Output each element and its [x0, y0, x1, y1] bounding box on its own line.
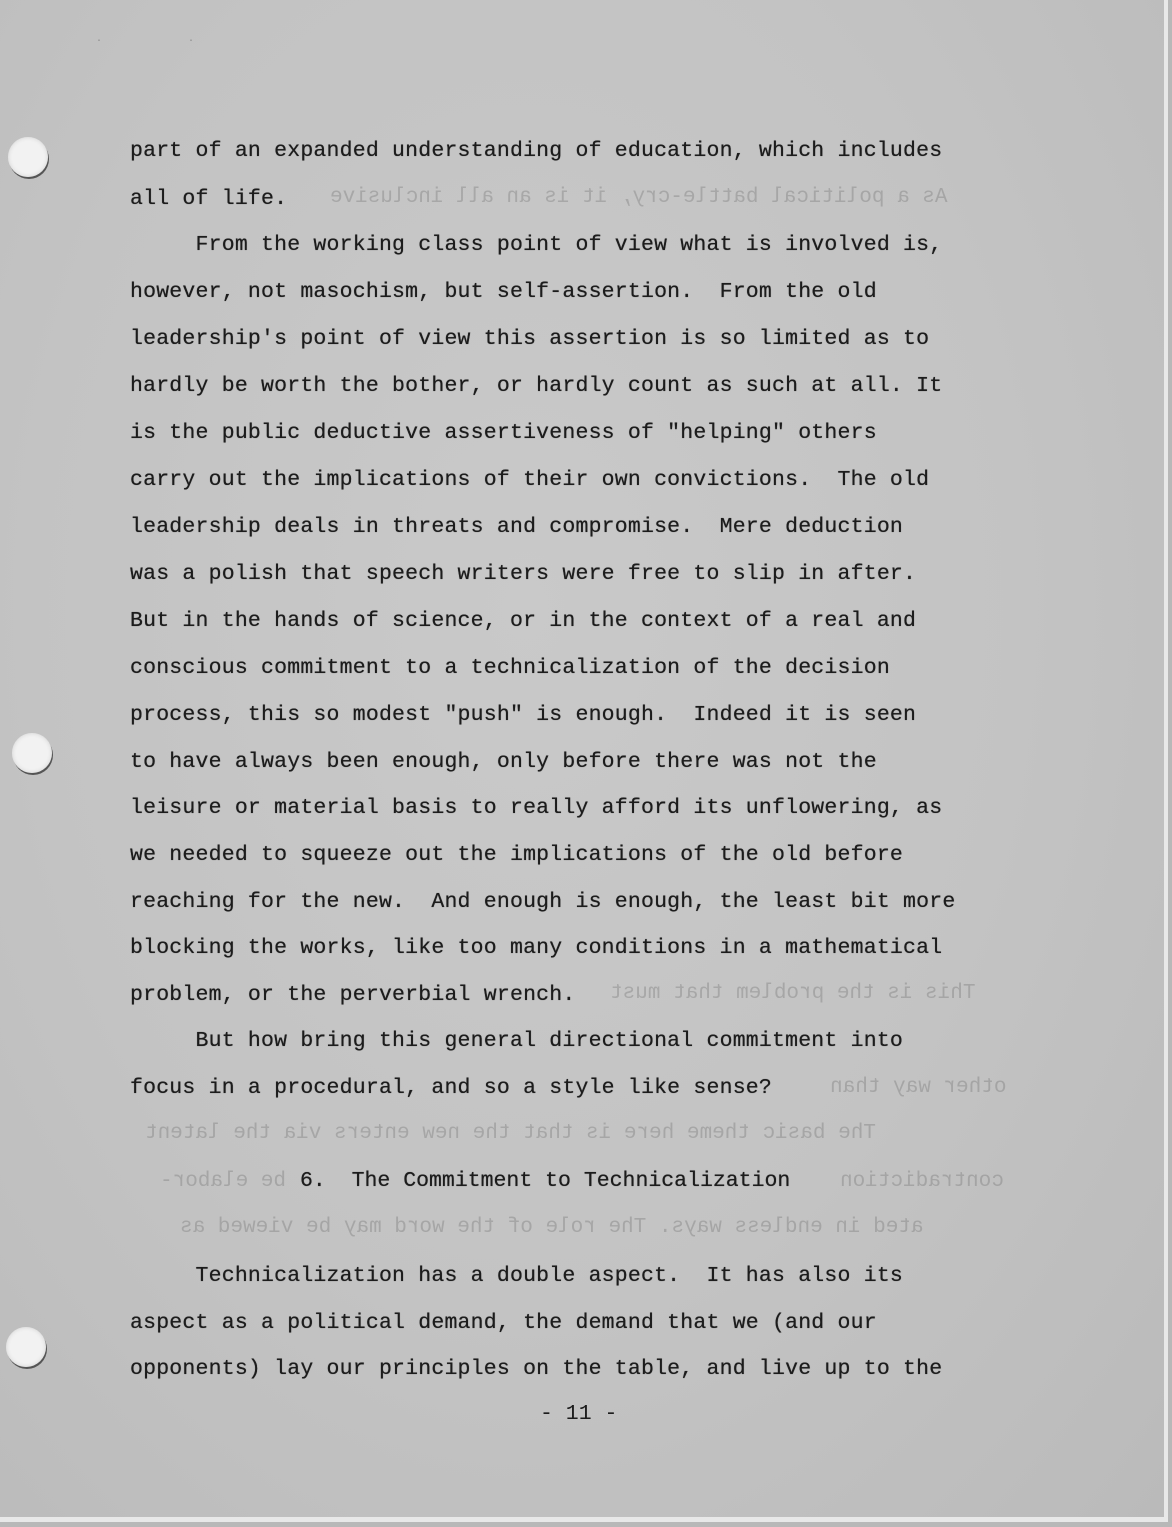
body-line: But in the hands of science, or in the c…: [130, 608, 916, 634]
body-line: opponents) lay our principles on the tab…: [130, 1356, 942, 1382]
body-line: part of an expanded understanding of edu…: [130, 138, 942, 164]
scan-edge-right: [1164, 0, 1168, 1522]
bleed-through-text: As a political battle-cry, it is an all …: [330, 186, 948, 209]
body-line: leadership deals in threats and compromi…: [130, 514, 903, 540]
body-line: all of life.: [130, 186, 287, 212]
body-line: is the public deductive assertiveness of…: [130, 420, 877, 446]
body-line: was a polish that speech writers were fr…: [130, 561, 916, 587]
body-line: conscious commitment to a technicalizati…: [130, 655, 890, 681]
body-line: hardly be worth the bother, or hardly co…: [130, 373, 942, 399]
body-line: process, this so modest "push" is enough…: [130, 702, 916, 728]
body-line: Technicalization has a double aspect. It…: [130, 1263, 903, 1289]
body-line: leisure or material basis to really affo…: [130, 795, 942, 821]
body-line: aspect as a political demand, the demand…: [130, 1310, 877, 1336]
scan-marks: · ·: [96, 36, 234, 47]
bleed-through-text: The basic theme here is that the new ent…: [145, 1122, 876, 1145]
body-line: reaching for the new. And enough is enou…: [130, 889, 955, 915]
body-line: however, not masochism, but self-asserti…: [130, 279, 877, 305]
body-line: to have always been enough, only before …: [130, 749, 877, 775]
bleed-through-text: This is the problem that must: [610, 982, 975, 1005]
body-line: From the working class point of view wha…: [130, 232, 942, 258]
body-line: we needed to squeeze out the implication…: [130, 842, 903, 868]
punch-hole-bottom: [6, 1327, 46, 1367]
section-heading: 6. The Commitment to Technicalization: [300, 1169, 790, 1193]
bleed-through-text: be elabor-: [160, 1170, 286, 1193]
body-line: leadership's point of view this assertio…: [130, 326, 929, 352]
body-line: blocking the works, like too many condit…: [130, 935, 942, 961]
body-line: carry out the implications of their own …: [130, 467, 929, 493]
bleed-through-text: ated in endless ways. The role of the wo…: [180, 1216, 924, 1239]
punch-hole-top: [8, 137, 48, 177]
body-line: problem, or the perverbial wrench.: [130, 982, 575, 1008]
body-line: focus in a procedural, and so a style li…: [130, 1075, 772, 1101]
bleed-through-text: contradiction: [840, 1170, 1004, 1193]
document-page: · · As a political battle-cry, it is an …: [0, 0, 1168, 1522]
body-line: But how bring this general directional c…: [130, 1028, 903, 1054]
scan-edge-bottom: [0, 1517, 1168, 1522]
bleed-through-text: other way than: [830, 1076, 1006, 1099]
punch-hole-middle: [12, 733, 52, 773]
page-number: - 11 -: [540, 1402, 617, 1426]
